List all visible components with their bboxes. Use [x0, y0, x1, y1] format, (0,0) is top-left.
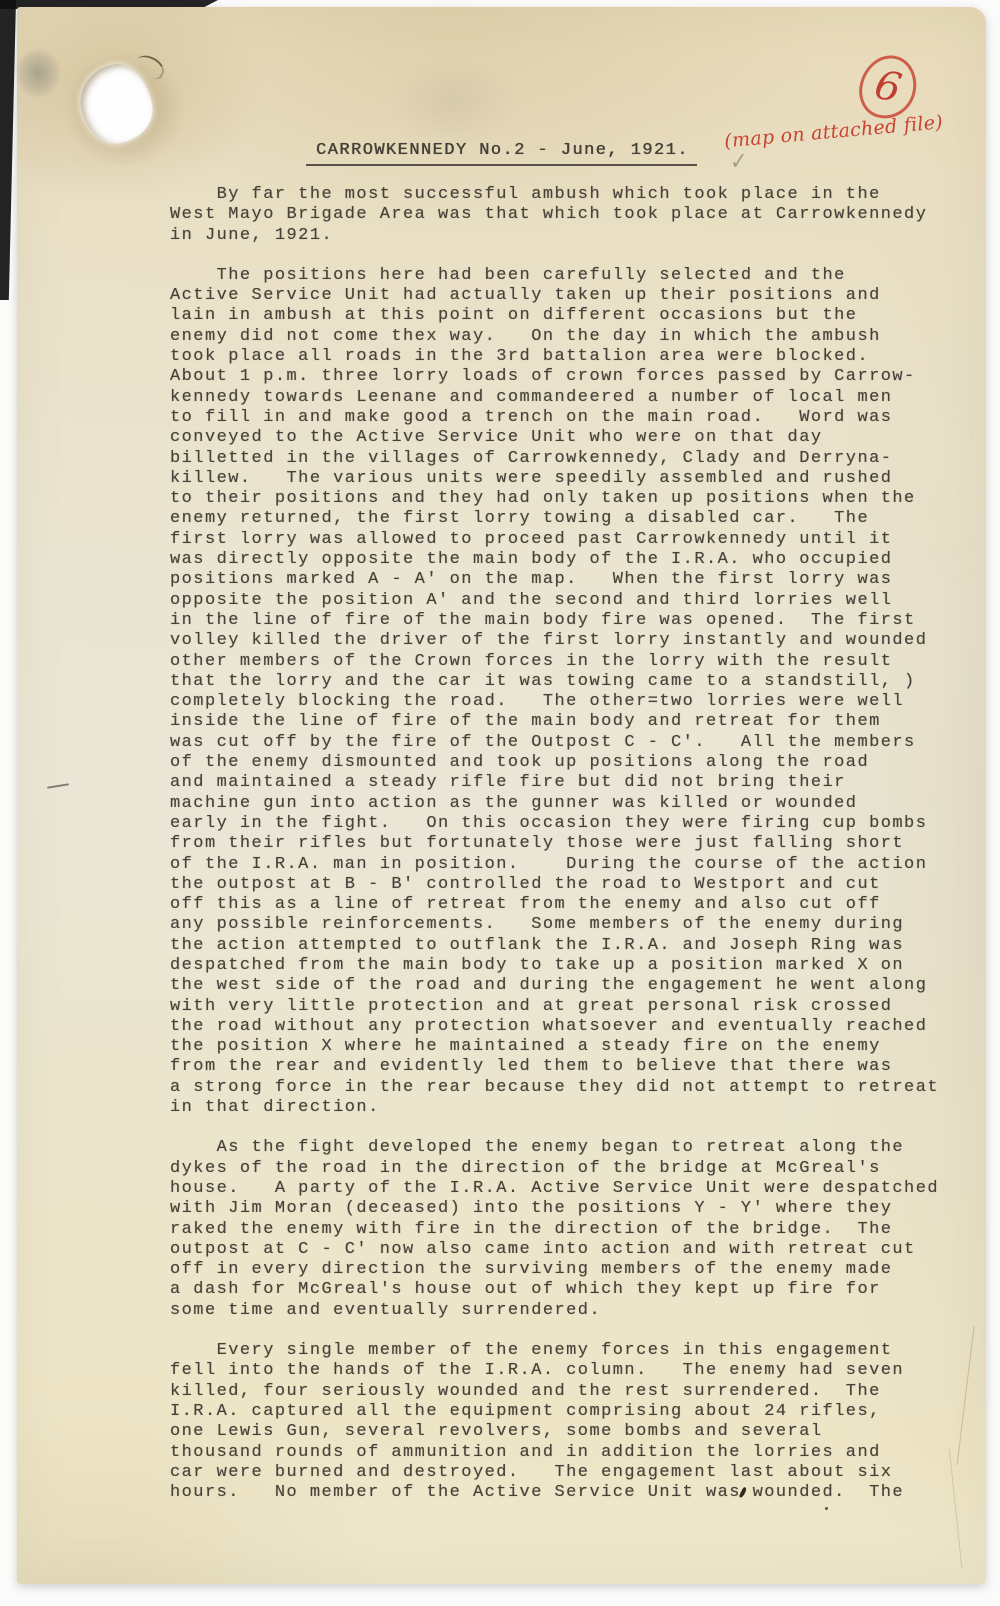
page-number-text: 6	[871, 65, 905, 110]
paragraph-3: As the fight developed the enemy began t…	[170, 1138, 970, 1321]
pencil-mark	[47, 783, 69, 788]
paragraph-2: The positions here had been carefully se…	[170, 266, 970, 1118]
corner-smudge	[9, 41, 67, 105]
checkmark-annotation: ✓	[730, 148, 748, 175]
document-body: By far the most successful ambush which …	[170, 185, 970, 1523]
document-title: CARROWKENNEDY No.2 - June, 1921.	[306, 141, 697, 166]
paragraph-1: By far the most successful ambush which …	[170, 185, 970, 246]
paragraph-4: Every single member of the enemy forces …	[170, 1341, 970, 1503]
